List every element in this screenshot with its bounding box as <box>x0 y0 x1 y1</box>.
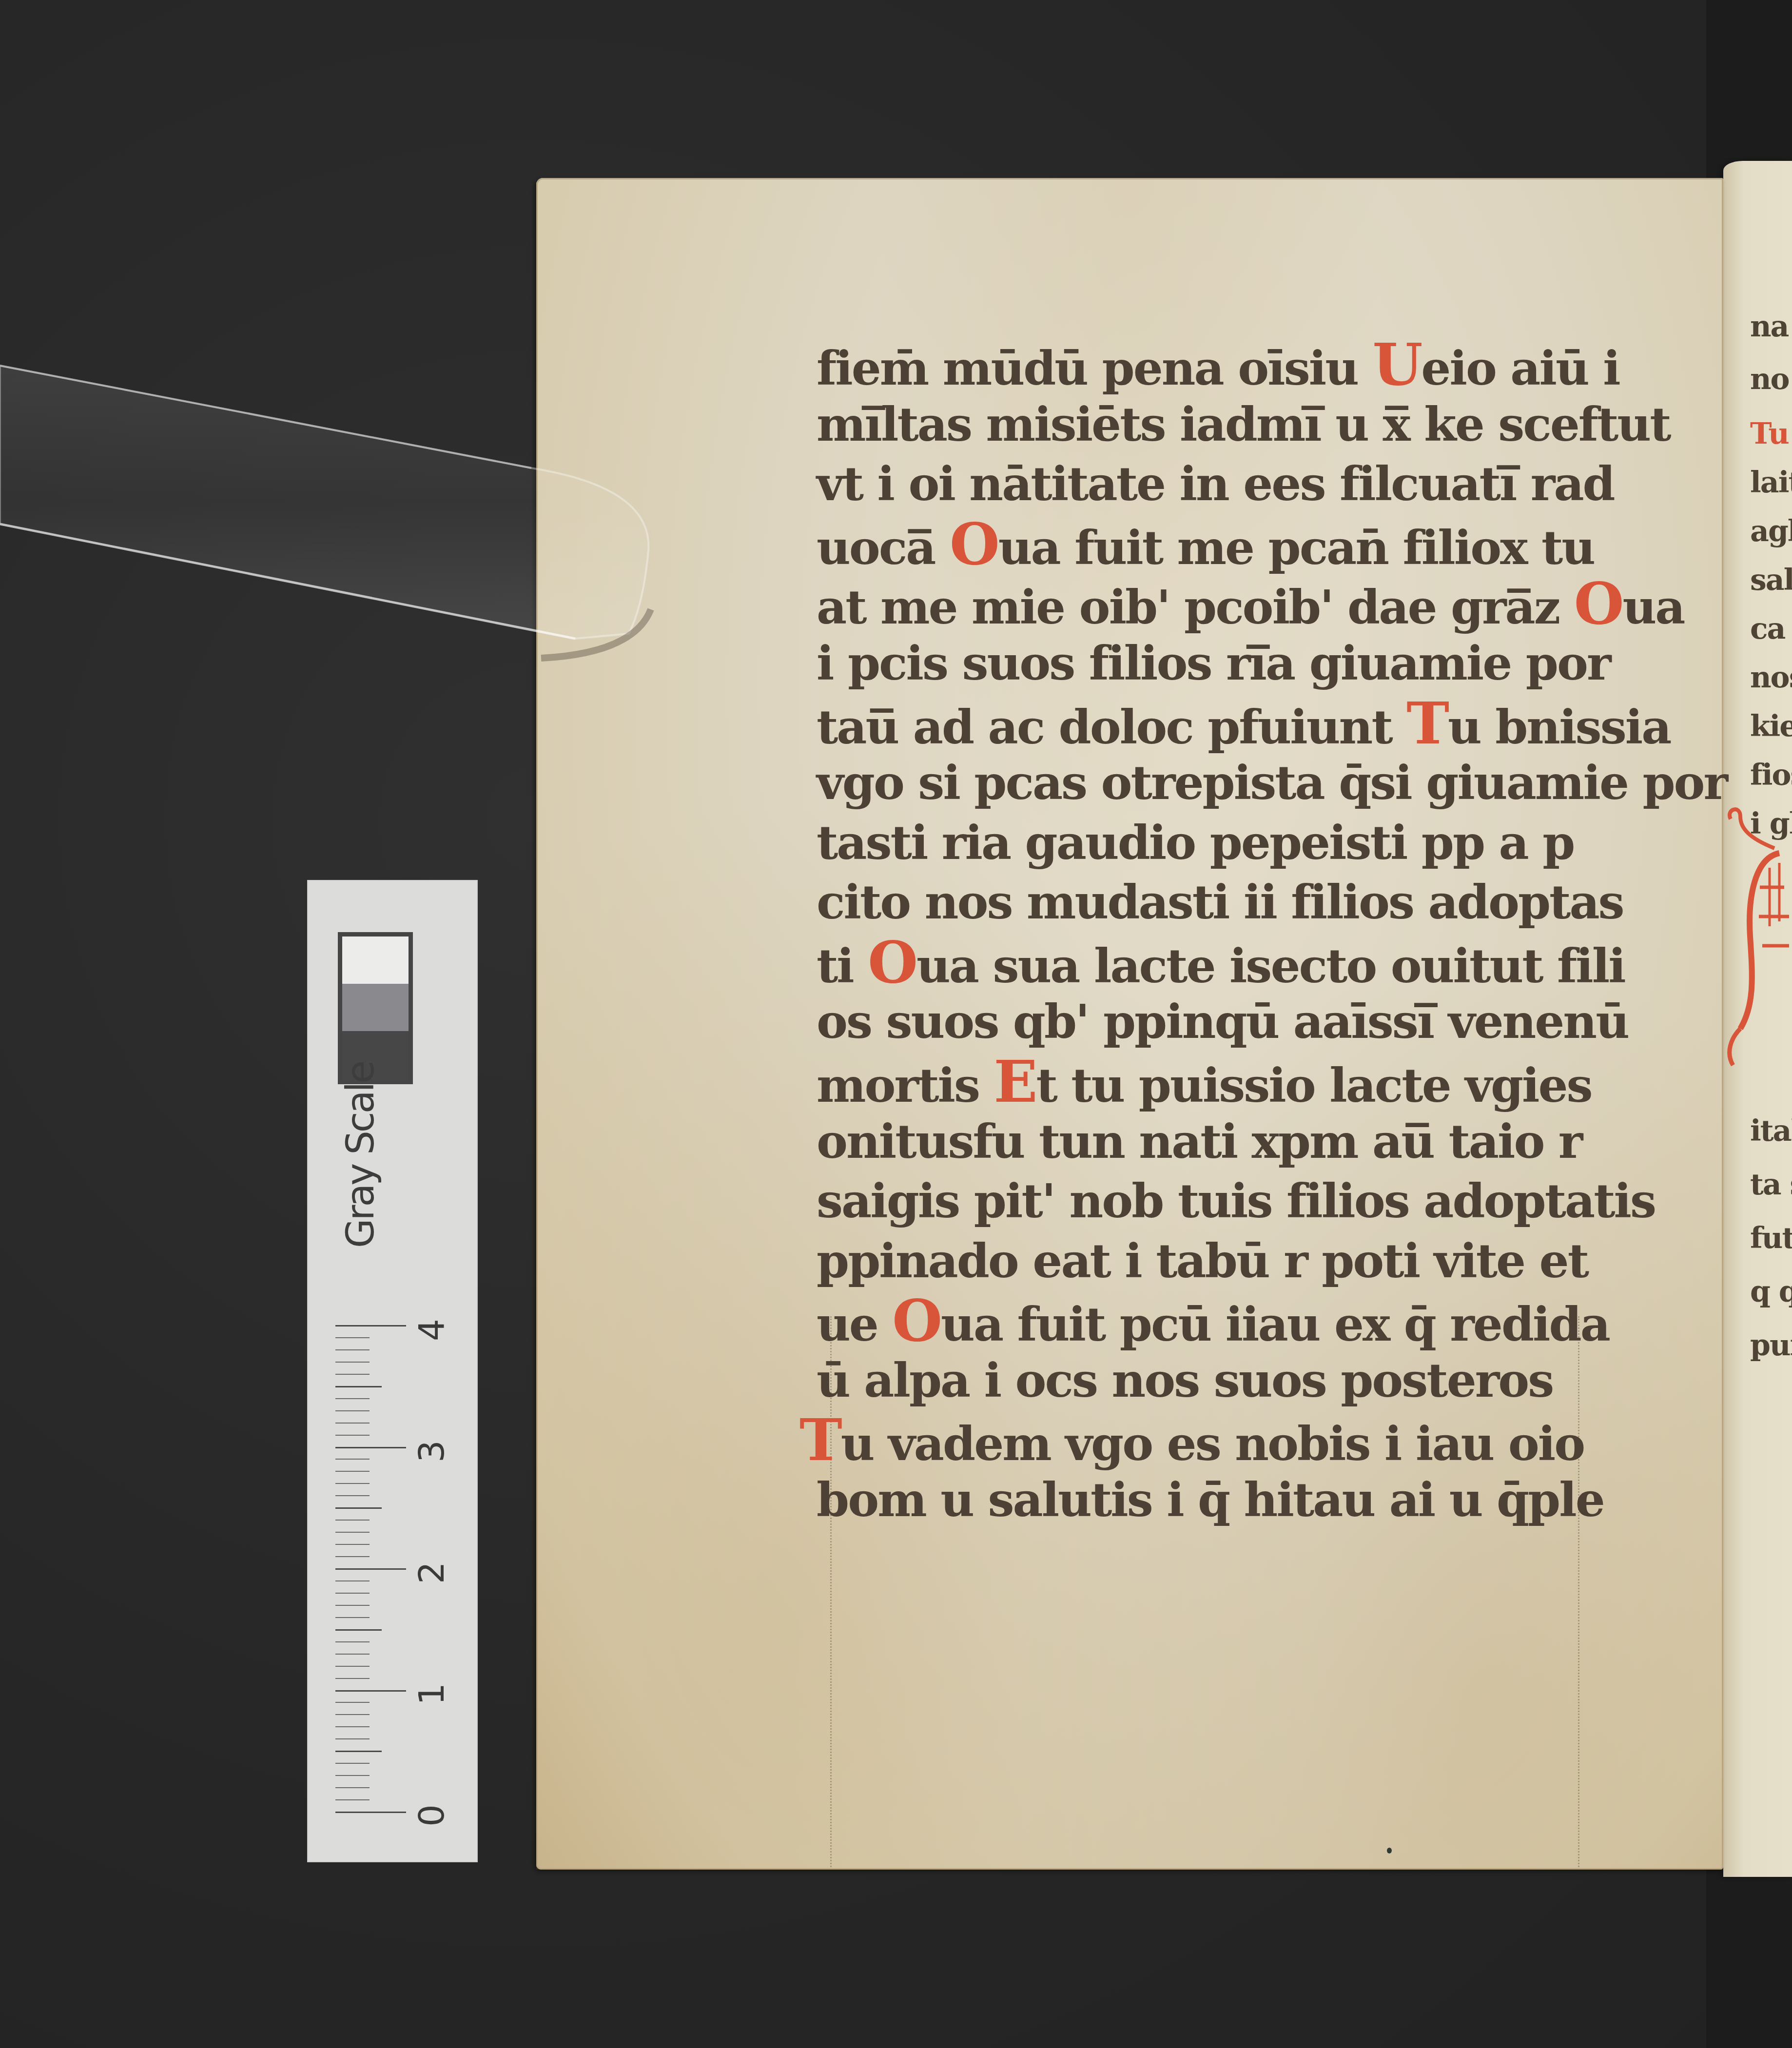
facing-line: fut <box>1750 1224 1792 1253</box>
ruler-tick <box>335 1483 370 1484</box>
facing-line: q q <box>1750 1277 1792 1307</box>
ruler-label-4: 4 <box>412 1308 451 1352</box>
rubric-initial: O <box>868 928 916 996</box>
facing-line: agli <box>1750 517 1792 546</box>
ruler-tick <box>335 1520 370 1521</box>
ruler-label-0: 0 <box>412 1794 451 1837</box>
text-line-7: tau̅ ad ac doloc pfuiunt Tu bnissia <box>817 700 1626 760</box>
ruler-tick <box>335 1641 370 1642</box>
ruler-tick <box>335 1447 406 1448</box>
ruler-tick <box>335 1763 370 1764</box>
ruler-tick <box>335 1410 370 1411</box>
ruler-tick <box>335 1799 370 1800</box>
ruler-tick <box>335 1593 370 1594</box>
ruler-tick <box>335 1532 370 1533</box>
text-line-15: saigis pit' nob tuis filios adoptatis <box>817 1178 1626 1237</box>
text-line-5: at me mie oib' pcoib' dae gra̅z Oua <box>817 580 1626 640</box>
text-line-14: onitusfu tun nati xpm au̅ taio r <box>817 1118 1626 1178</box>
text-line-9: tasti ria gaudio pepeisti pp a p <box>817 819 1626 879</box>
text-line-3: vt i oi nātitate in ees filcuati̅ rad <box>817 461 1626 520</box>
ruler-tick <box>335 1507 382 1509</box>
facing-line: salua <box>1750 566 1792 595</box>
gray-scale-label: Gray Scale <box>341 1151 380 1248</box>
facing-line: nos <box>1750 663 1792 692</box>
rubric-initial: U <box>1372 331 1421 398</box>
text-line-17: ue Oua fuit pcū iiau ex q̄ redida <box>817 1297 1626 1357</box>
text-line-18: ū alpa i ocs nos suos posteros <box>817 1357 1626 1417</box>
text-line-2: mi̅ltas misiēts iadmi̅ u x̅ ke sceftut <box>817 401 1626 461</box>
facing-line: lait ne <box>1750 468 1792 497</box>
facing-line: no ios <box>1750 365 1792 394</box>
ruler-tick <box>335 1690 406 1692</box>
facing-line: ta s <box>1750 1170 1792 1199</box>
rubric-initial: O <box>950 510 998 578</box>
ruler-tick <box>335 1702 370 1703</box>
ruler-tick <box>335 1398 370 1399</box>
ruler-tick <box>335 1666 370 1667</box>
rubric-initial: T <box>1406 689 1448 757</box>
ruler-tick <box>335 1386 382 1387</box>
text-line-8: vgo si pcas otrepista q̄si giuamie por <box>817 760 1626 819</box>
facing-line: fios <box>1750 761 1792 790</box>
ruler-tick <box>335 1495 370 1496</box>
decorated-initial-icon <box>1721 800 1792 1151</box>
ruler-tick <box>335 1544 370 1545</box>
swatch-mid-gray <box>342 984 409 1031</box>
ruler-tick <box>335 1751 382 1752</box>
ruler-tick <box>335 1812 406 1813</box>
ruler-tick <box>335 1337 370 1338</box>
ruler-tick <box>335 1459 370 1460</box>
facing-line-rubric: Tu <box>1750 419 1789 449</box>
text-line-11: ti Oua sua lacte isecto ouitut fili <box>817 939 1626 998</box>
ink-speck <box>1387 1848 1392 1853</box>
ruler-tick <box>335 1325 406 1326</box>
facing-line: pui <box>1750 1331 1792 1360</box>
ruler-tick <box>335 1374 370 1375</box>
ruler-tick <box>335 1787 370 1788</box>
ruler-tick <box>335 1556 370 1557</box>
ruler-tick <box>335 1580 370 1581</box>
text-line-10: cito nos mudasti ii filios adoptas <box>817 879 1626 938</box>
facing-line: kie <box>1750 712 1792 741</box>
text-line-4: uoca̅ Oua fuit me pcan̄ filiox tu <box>817 521 1626 580</box>
rubric-initial: E <box>993 1048 1036 1115</box>
ruler-tick <box>335 1617 370 1618</box>
rubric-initial: O <box>892 1287 941 1354</box>
ruler-tick <box>335 1678 370 1679</box>
rubric-initial: T <box>799 1406 841 1474</box>
text-line-19: Tu vadem vgo es nobis i iau oio <box>799 1417 1609 1476</box>
text-line-20: bom u salutis i q̄ hitau ai u q̄ple <box>817 1477 1626 1536</box>
ruler-tick <box>335 1471 370 1472</box>
ruler-tick <box>335 1738 370 1739</box>
ruler-tick <box>335 1726 370 1727</box>
ruler-tick <box>335 1714 370 1715</box>
ruler-tick <box>335 1629 382 1631</box>
ruler-tick <box>335 1605 370 1606</box>
ruler-tick <box>335 1362 370 1363</box>
text-line-1: fiem̄ mūdū pena oīsiu Ueio aiū i <box>817 341 1626 401</box>
ruler-label-1: 1 <box>412 1672 451 1716</box>
ruler-tick <box>335 1654 370 1655</box>
swatch-white <box>342 936 409 984</box>
rubric-initial: O <box>1574 569 1623 637</box>
ruler-tick <box>335 1423 370 1424</box>
ruler-tick <box>335 1349 370 1350</box>
text-line-13: mortis Et tu puissio lacte vgies <box>817 1058 1626 1118</box>
ruler-tick <box>335 1775 370 1776</box>
facing-line: na es <box>1750 312 1792 341</box>
text-line-12: os suos qb' ppinqū aaīssi̅ venenū <box>817 998 1626 1058</box>
text-line-6: i pcis suos filios ri̅a giuamie por <box>817 640 1626 700</box>
gray-scale-swatch <box>338 932 413 1084</box>
ruler-label-2: 2 <box>412 1551 451 1595</box>
ruler-tick <box>335 1435 370 1436</box>
ruler-label-3: 3 <box>412 1429 451 1473</box>
facing-line: ca sa <box>1750 614 1792 644</box>
ruler-tick <box>335 1568 406 1570</box>
